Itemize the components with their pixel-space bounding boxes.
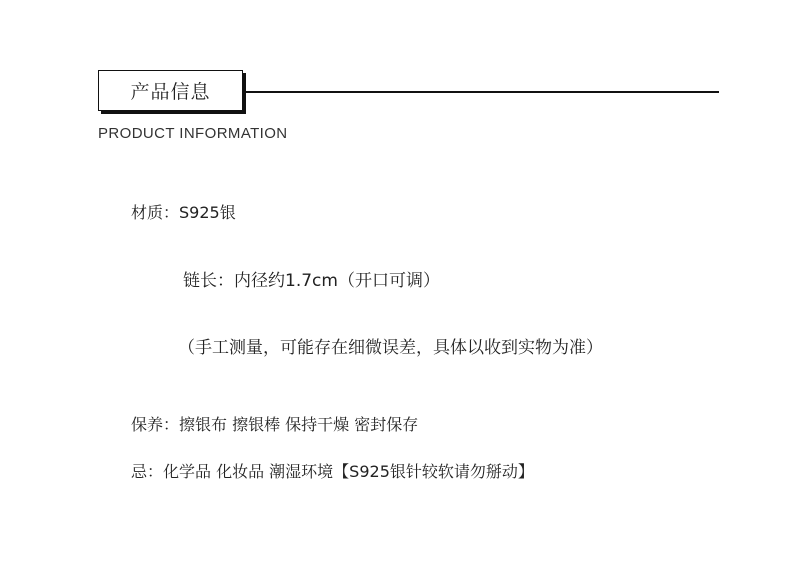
material-spec: 材质：S925银 — [131, 203, 236, 223]
section-subtitle: PRODUCT INFORMATION — [98, 125, 288, 142]
measurement-note: （手工测量，可能存在细微误差，具体以收到实物为准） — [178, 338, 603, 358]
title-divider-line — [245, 91, 719, 93]
section-title-box: 产品信息 — [98, 70, 243, 111]
care-instructions: 保养：擦银布 擦银棒 保持干燥 密封保存 — [131, 415, 418, 435]
avoid-warnings: 忌：化学品 化妆品 潮湿环境【S925银针较软请勿掰动】 — [131, 462, 534, 482]
section-title: 产品信息 — [99, 71, 242, 110]
chain-length-spec: 链长：内径约1.7cm（开口可调） — [183, 271, 440, 291]
